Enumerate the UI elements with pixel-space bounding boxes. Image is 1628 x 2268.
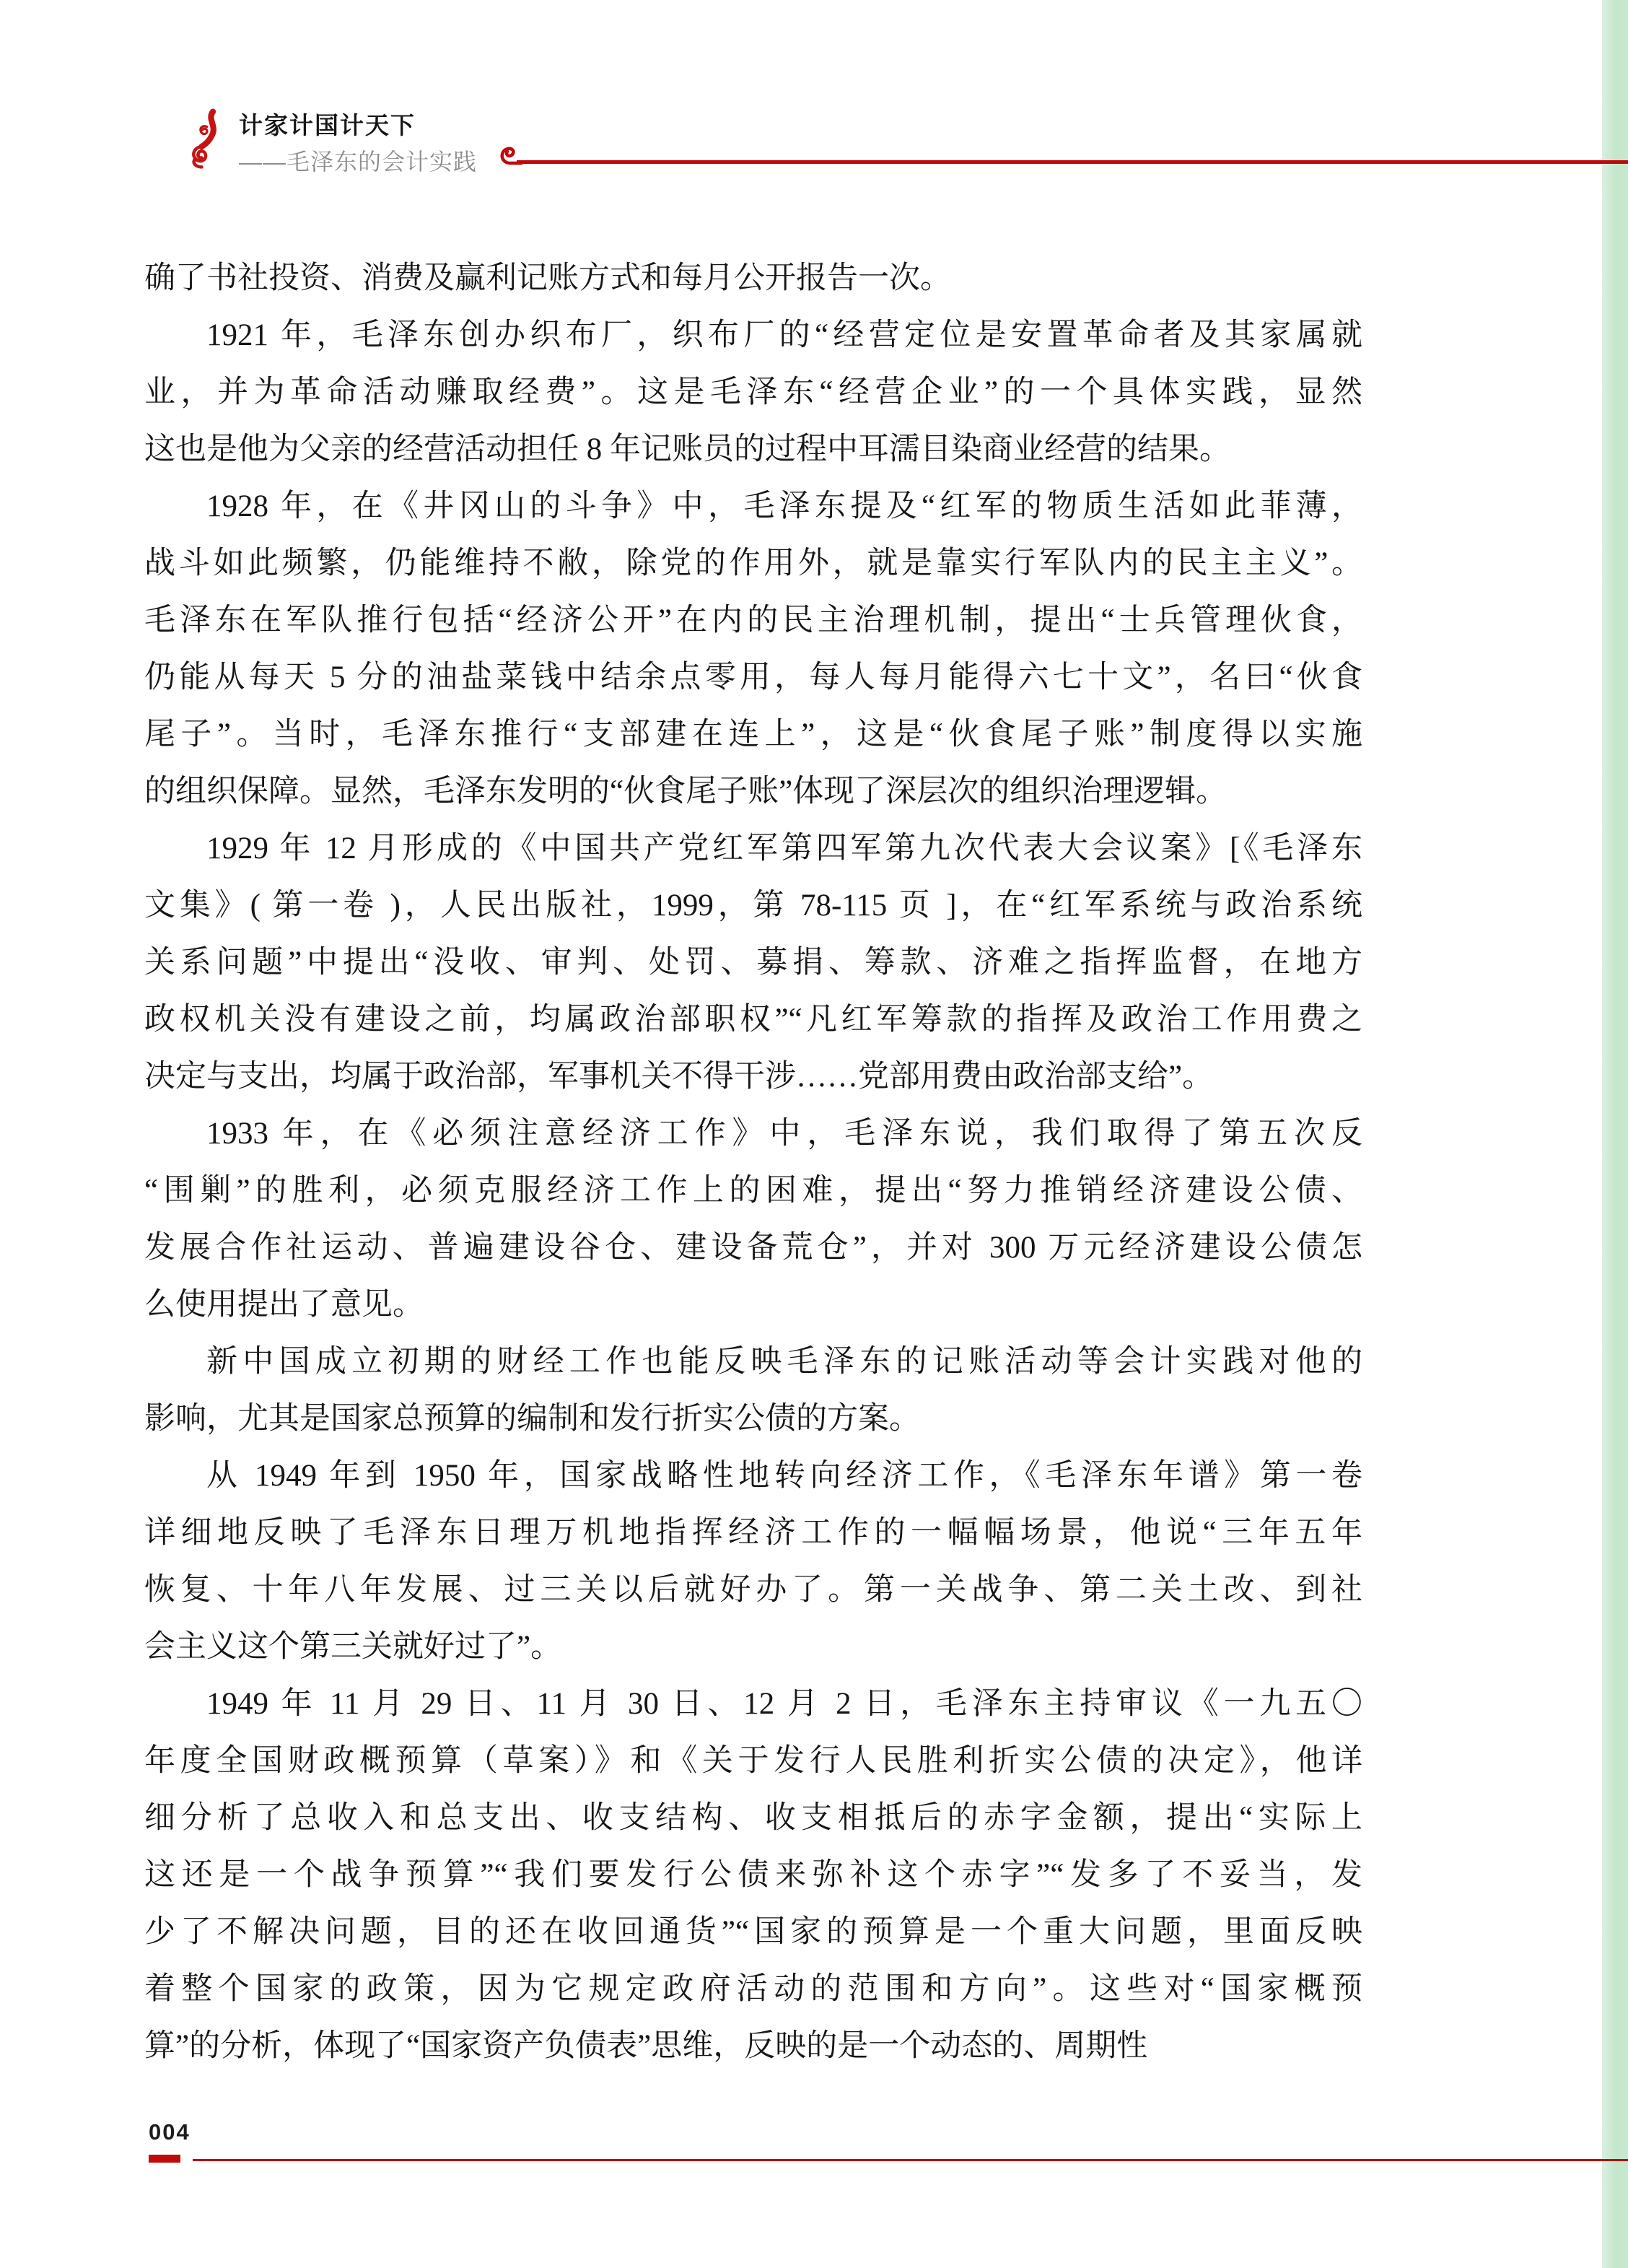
text-line: 尾子”。当时，毛泽东推行“支部建在连上”，这是“伙食尾子账”制度得以实施 [144,706,1362,763]
scroll-flourish-icon [191,108,221,170]
text-line: 政权机关没有建设之前，均属政治部职权”“凡红军筹款的指挥及政治工作用费之 [144,991,1362,1048]
text-line: 1949 年 11 月 29 日、11 月 30 日、12 月 2 日，毛泽东主… [144,1675,1362,1732]
paragraph: 新中国成立初期的财经工作也能反映毛泽东的记账活动等会计实践对他的影响，尤其是国家… [144,1333,1362,1447]
footer-red-block [149,2155,180,2163]
page-number: 004 [149,2119,191,2145]
spiral-curl-icon [498,144,522,167]
paragraph: 1928 年，在《井冈山的斗争》中，毛泽东提及“红军的物质生活如此菲薄，战斗如此… [144,478,1362,820]
text-line: 么使用提出了意见。 [144,1276,1362,1333]
text-line: 少了不解决问题，目的还在收回通货”“国家的预算是一个重大问题，里面反映 [144,1903,1362,1960]
paragraph: 1921 年，毛泽东创办织布厂，织布厂的“经营定位是安置革命者及其家属就业，并为… [144,307,1362,478]
text-line: 1921 年，毛泽东创办织布厂，织布厂的“经营定位是安置革命者及其家属就 [144,307,1362,364]
text-line: 这也是他为父亲的经营活动担任 8 年记账员的过程中耳濡目染商业经营的结果。 [144,421,1362,478]
paragraph: 1949 年 11 月 29 日、11 月 30 日、12 月 2 日，毛泽东主… [144,1675,1362,2075]
text-line: 业，并为革命活动赚取经费”。这是毛泽东“经营企业”的一个具体实践，显然 [144,364,1362,421]
page-header: 计家计国计天下 ——毛泽东的会计实践 [0,0,1628,188]
text-line: “围剿”的胜利，必须克服经济工作上的困难，提出“努力推销经济建设公债、 [144,1162,1362,1219]
paragraph: 1929 年 12 月形成的《中国共产党红军第四军第九次代表大会议案》[《毛泽东… [144,820,1362,1105]
text-line: 发展合作社运动、普遍建设谷仓、建设备荒仓”，并对 300 万元经济建设公债怎 [144,1219,1362,1276]
paragraph: 1933 年，在《必须注意经济工作》中，毛泽东说，我们取得了第五次反“围剿”的胜… [144,1105,1362,1333]
text-line: 文集》( 第一卷 )，人民出版社，1999，第 78-115 页 ]，在“红军系… [144,877,1362,934]
text-line: 着整个国家的政策，因为它规定政府活动的范围和方向”。这些对“国家概预 [144,1960,1362,2018]
text-line: 确了书社投资、消费及赢利记账方式和每月公开报告一次。 [144,250,1362,307]
page-title: 计家计国计天下 [239,107,416,141]
paragraph: 确了书社投资、消费及赢利记账方式和每月公开报告一次。 [144,250,1362,307]
body-text: 确了书社投资、消费及赢利记账方式和每月公开报告一次。1921 年，毛泽东创办织布… [144,250,1362,2075]
text-line: 战斗如此频繁，仍能维持不敝，除党的作用外，就是靠实行军队内的民主主义”。 [144,535,1362,592]
book-page: { "header": { "title": "计家计国计天下", "subti… [0,0,1628,2268]
text-line: 恢复、十年八年发展、过三关以后就好办了。第一关战争、第二关土改、到社 [144,1561,1362,1618]
text-line: 这还是一个战争预算”“我们要发行公债来弥补这个赤字”“发多了不妥当，发 [144,1846,1362,1903]
text-line: 从 1949 年到 1950 年，国家战略性地转向经济工作，《毛泽东年谱》第一卷 [144,1447,1362,1504]
text-line: 仍能从每天 5 分的油盐菜钱中结余点零用，每人每月能得六七十文”，名曰“伙食 [144,649,1362,706]
text-line: 新中国成立初期的财经工作也能反映毛泽东的记账活动等会计实践对他的 [144,1333,1362,1390]
page-subtitle: ——毛泽东的会计实践 [239,144,477,177]
page-edge-green-band [1602,0,1628,2268]
text-line: 决定与支出，均属于政治部，军事机关不得干涉……党部用费由政治部支给”。 [144,1048,1362,1105]
text-line: 毛泽东在军队推行包括“经济公开”在内的民主治理机制，提出“士兵管理伙食， [144,592,1362,649]
text-line: 详细地反映了毛泽东日理万机地指挥经济工作的一幅幅场景，他说“三年五年 [144,1504,1362,1561]
text-line: 1928 年，在《井冈山的斗争》中，毛泽东提及“红军的物质生活如此菲薄， [144,478,1362,535]
text-line: 年度全国财政概预算（草案）》和《关于发行人民胜利折实公债的决定》，他详 [144,1732,1362,1789]
text-line: 1933 年，在《必须注意经济工作》中，毛泽东说，我们取得了第五次反 [144,1105,1362,1162]
footer-red-rule [193,2159,1628,2161]
text-line: 算”的分析，体现了“国家资产负债表”思维，反映的是一个动态的、周期性 [144,2018,1362,2075]
text-line: 影响，尤其是国家总预算的编制和发行折实公债的方案。 [144,1390,1362,1447]
text-line: 关系问题”中提出“没收、审判、处罚、募捐、筹款、济难之指挥监督，在地方 [144,934,1362,991]
header-red-rule [517,160,1628,164]
text-line: 1929 年 12 月形成的《中国共产党红军第四军第九次代表大会议案》[《毛泽东 [144,820,1362,877]
text-line: 细分析了总收入和总支出、收支结构、收支相抵后的赤字金额，提出“实际上 [144,1789,1362,1846]
text-line: 的组织保障。显然，毛泽东发明的“伙食尾子账”体现了深层次的组织治理逻辑。 [144,763,1362,820]
paragraph: 从 1949 年到 1950 年，国家战略性地转向经济工作，《毛泽东年谱》第一卷… [144,1447,1362,1675]
text-line: 会主义这个第三关就好过了”。 [144,1618,1362,1675]
